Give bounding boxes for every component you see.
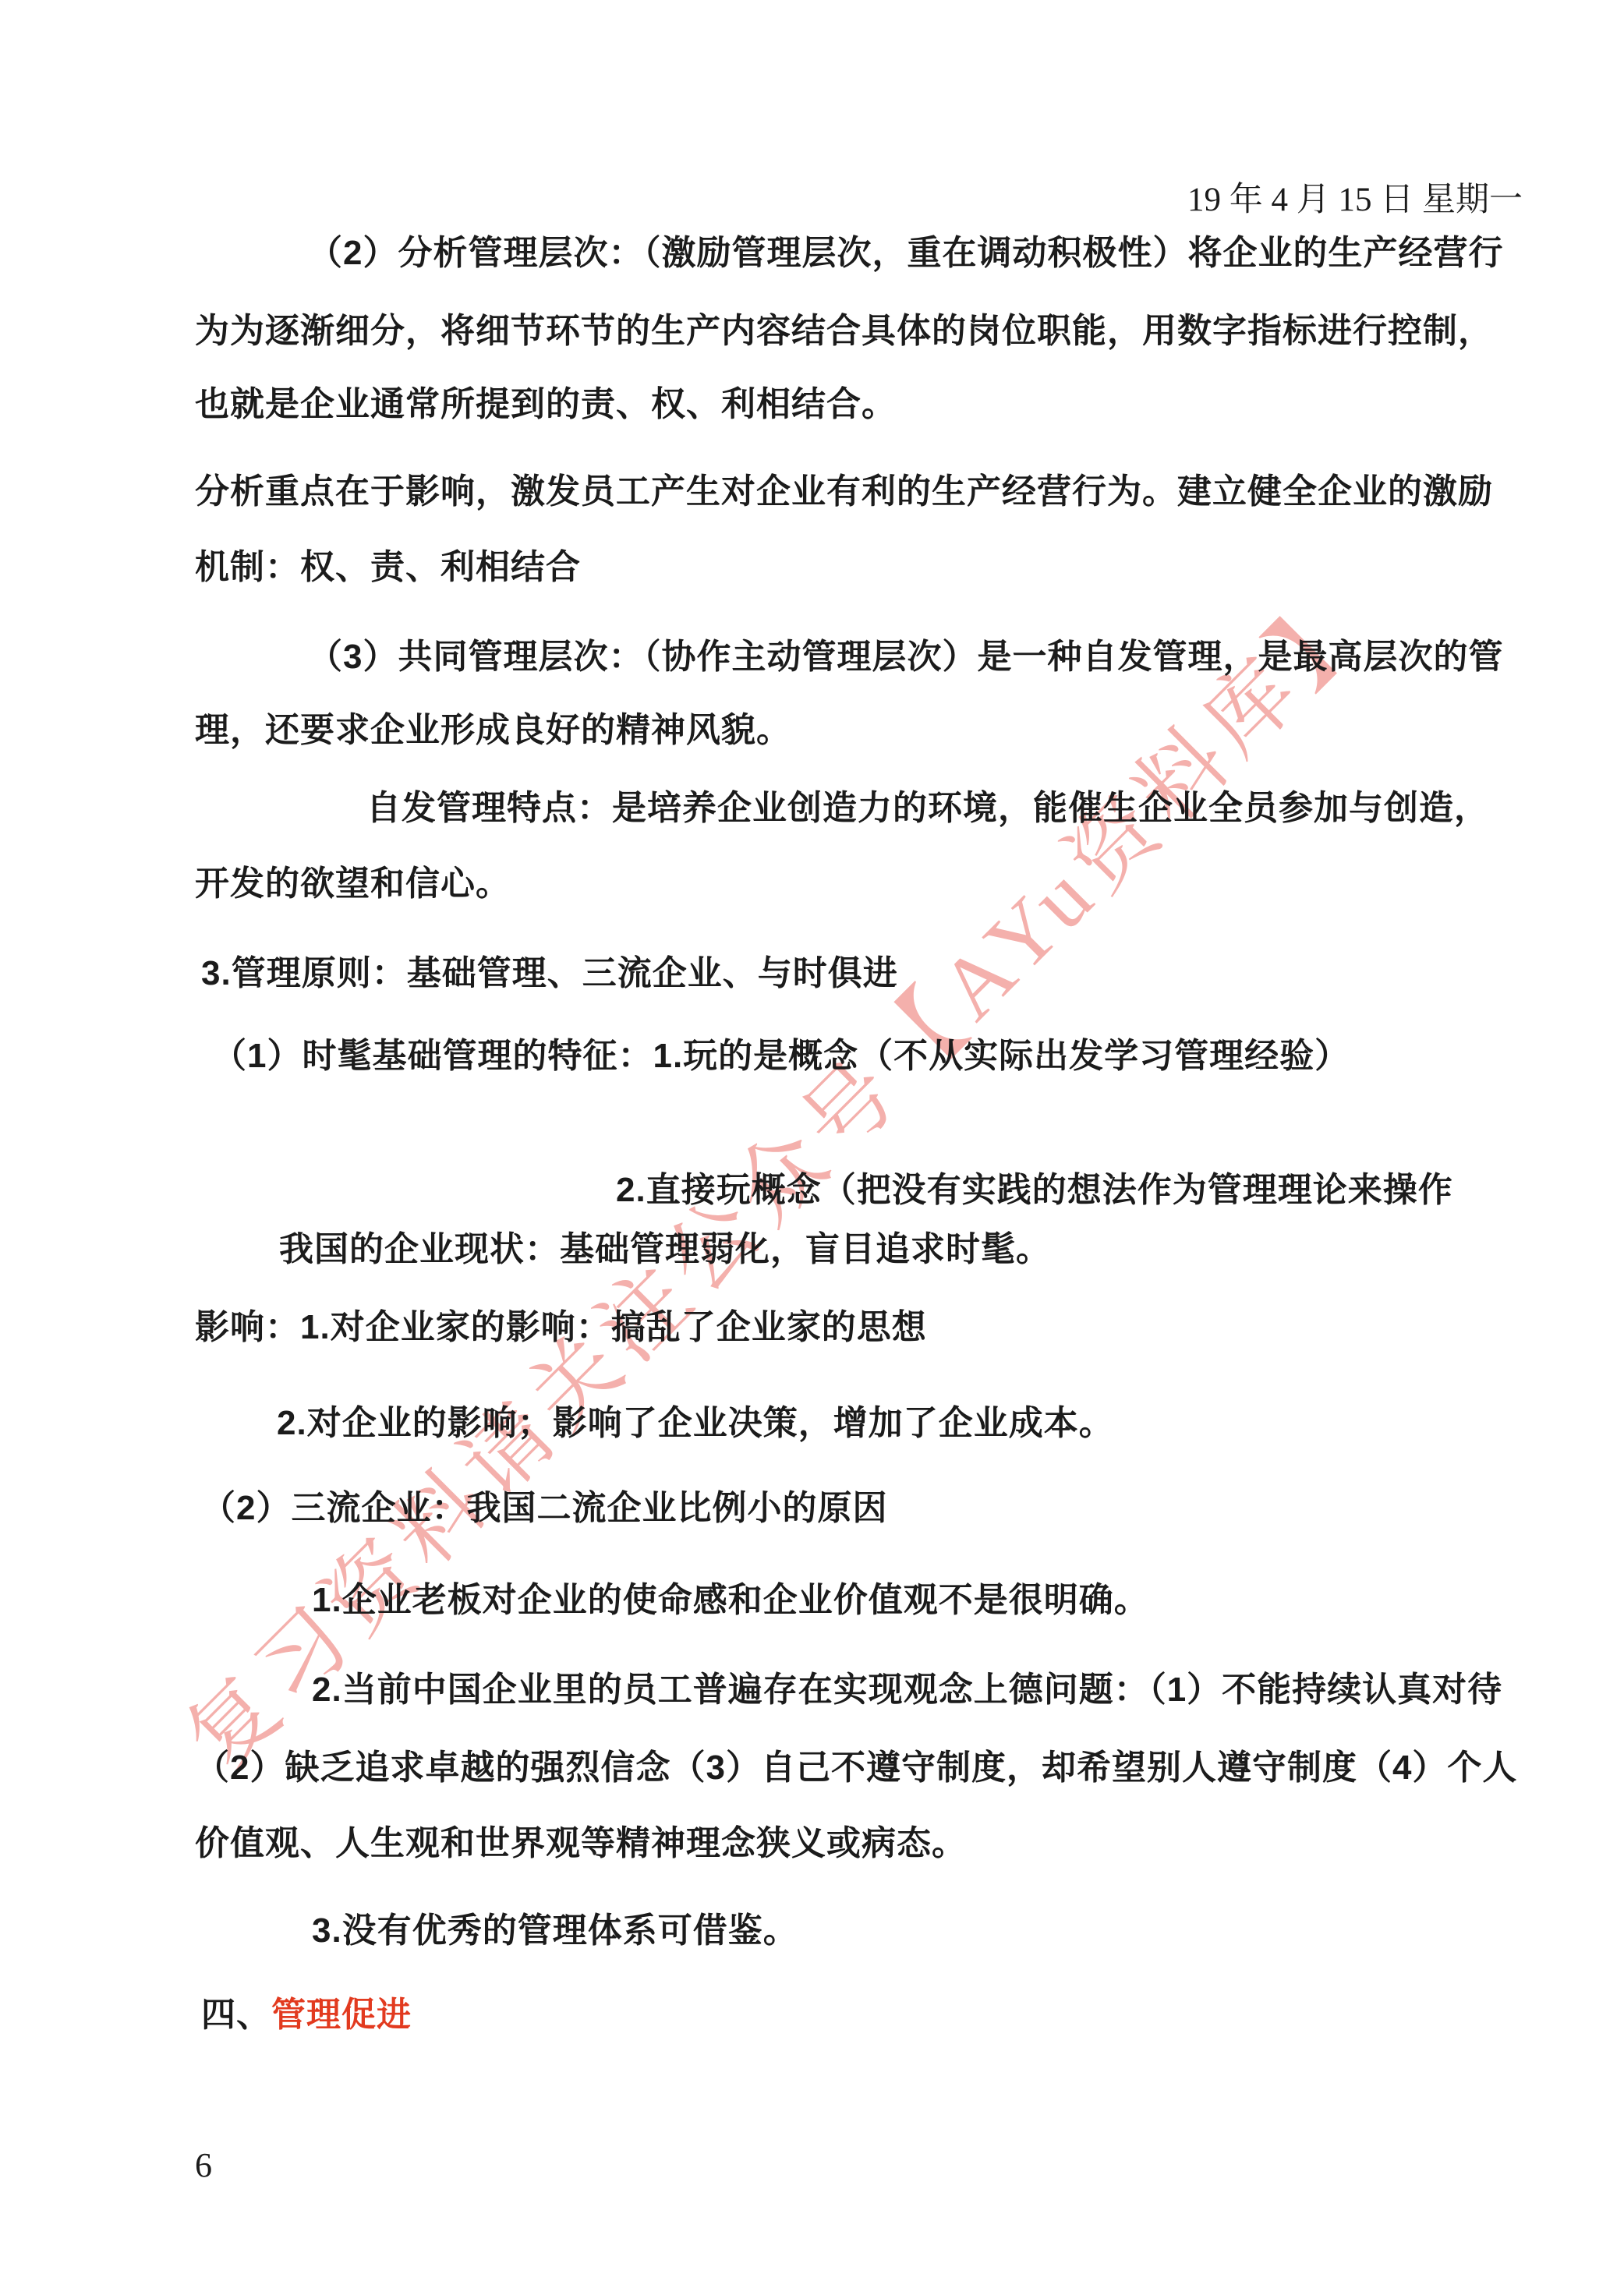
body-line: （2）缺乏追求卓越的强烈信念（3）自己不遵守制度，却希望别人遵守制度（4）个人 [195,1739,1517,1789]
body-line: 1.企业老板对企业的使命感和企业价值观不是很明确。 [195,1572,1149,1621]
section-heading-title: 管理促进 [271,1996,412,2034]
body-line: 机制：权、责、利相结合 [195,539,581,589]
body-line: 也就是企业通常所提到的责、权、利相结合。 [195,376,897,426]
body-line: （2）三流企业：我国二流企业比例小的原因 [195,1480,887,1529]
section-heading-number: 四、 [201,1996,271,2034]
body-line: 价值观、人生观和世界观等精神理念狭义或病态。 [195,1815,967,1865]
body-line: 分析重点在于影响，激发员工产生对企业有利的生产经营行为。建立健全企业的激励 [195,463,1493,513]
body-line: 自发管理特点：是培养企业创造力的环境，能催生企业全员参加与创造， [195,780,1489,829]
body-line: 3.管理原则：基础管理、三流企业、与时俱进 [195,945,898,995]
body-line: （1）时髦基础管理的特征：1.玩的是概念（不从实际出发学习管理经验） [195,1027,1350,1077]
body-line: 开发的欲望和信心。 [195,855,511,905]
body-line: 为为逐渐细分，将细节环节的生产内容结合具体的岗位职能，用数字指标进行控制， [195,302,1493,352]
body-line: 2.直接玩概念（把没有实践的想法作为管理理论来操作 [195,1162,1453,1211]
page-number: 6 [195,2145,212,2185]
body-line: 影响：1.对企业家的影响：搞乱了企业家的思想 [195,1299,927,1349]
document-page: 复习资料请关注公众号【AYu资料库】 19 年 4 月 15 日 星期一 （2）… [0,0,1624,2295]
section-heading: 四、管理促进 [195,1986,412,2036]
body-line: 理，还要求企业形成良好的精神风貌。 [195,702,791,751]
body-line: 2.当前中国企业里的员工普遍存在实现观念上德问题：（1）不能持续认真对待 [195,1661,1502,1711]
body-line: （2）分析管理层次：（激励管理层次，重在调动积极性）将企业的生产经营行 [195,225,1503,274]
body-line: 2.对企业的影响；影响了企业决策，增加了企业成本。 [195,1395,1114,1445]
body-line: 我国的企业现状：基础管理弱化，盲目追求时髦。 [195,1221,1051,1271]
date-header: 19 年 4 月 15 日 星期一 [1187,173,1523,221]
body-line: （3）共同管理层次：（协作主动管理层次）是一种自发管理，是最高层次的管 [195,628,1503,678]
body-line: 3.没有优秀的管理体系可借鉴。 [195,1902,798,1952]
